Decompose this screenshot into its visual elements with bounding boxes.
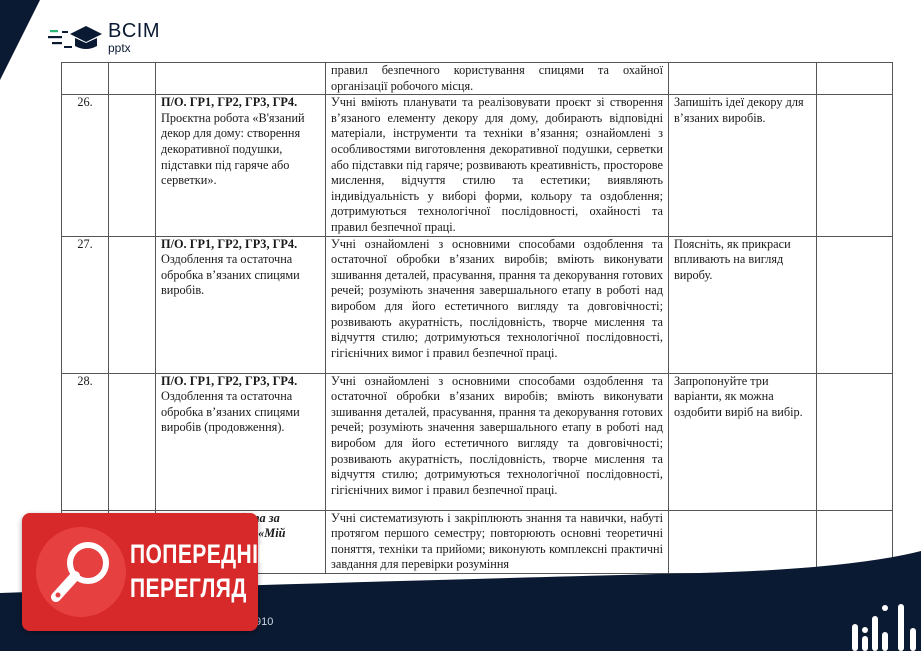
equalizer-bars-icon [848,600,920,651]
table-row: правил безпечного користування спицями т… [62,63,893,95]
row-outcome: правил безпечного користування спицями т… [326,63,669,95]
table-row: 26. П/О. ГР1, ГР2, ГР3, ГР4. Проєктна ро… [62,95,893,236]
row-note [817,236,893,373]
row-outcome: Учні ознайомлені з основними способами о… [326,236,669,373]
lesson-plan-table: правил безпечного користування спицями т… [61,62,893,574]
topic-groups: П/О. ГР1, ГР2, ГР3, ГР4. [161,374,320,390]
row-topic [156,63,326,95]
row-task: Поясніть, як прикраси впливають на вигля… [669,236,817,373]
row-number: 28. [62,373,109,510]
row-topic: П/О. ГР1, ГР2, ГР3, ГР4. Оздоблення та о… [156,236,326,373]
preview-label: ПОПЕРЕДНІЙ ПЕРЕГЛЯД [130,537,274,605]
topic-groups: П/О. ГР1, ГР2, ГР3, ГР4. [161,237,320,253]
row-task: Запишіть ідеї декору для в’язаних виробі… [669,95,817,236]
table-row: 28. П/О. ГР1, ГР2, ГР3, ГР4. Оздоблення … [62,373,893,510]
brand-subtitle: pptx [108,42,160,54]
row-note [817,95,893,236]
row-hours [109,95,156,236]
row-note [817,63,893,95]
row-hours [109,236,156,373]
table-row: 27. П/О. ГР1, ГР2, ГР3, ГР4. Оздоблення … [62,236,893,373]
row-topic: П/О. ГР1, ГР2, ГР3, ГР4. Оздоблення та о… [156,373,326,510]
graduation-cap-icon [48,22,104,52]
row-number: 26. [62,95,109,236]
row-note [817,373,893,510]
row-task [669,63,817,95]
preview-label-line1: ПОПЕРЕДНІЙ [130,537,274,571]
row-outcome: Учні вміють планувати та реалізовувати п… [326,95,669,236]
brand-title: BCIM [108,21,160,41]
magnifier-icon [36,527,126,617]
row-task: Запропонуйте три варіанти, як можна оздо… [669,373,817,510]
topic-title: Оздоблення та остаточна обробка в’язаних… [161,389,320,436]
preview-badge[interactable]: ПОПЕРЕДНІЙ ПЕРЕГЛЯД [22,513,258,631]
corner-decoration [0,0,40,80]
row-topic: П/О. ГР1, ГР2, ГР3, ГР4. Проєктна робота… [156,95,326,236]
preview-label-line2: ПЕРЕГЛЯД [130,571,274,605]
row-hours [109,373,156,510]
row-number [62,63,109,95]
row-hours [109,63,156,95]
row-outcome: Учні ознайомлені з основними способами о… [326,373,669,510]
topic-title: Оздоблення та остаточна обробка в’язаних… [161,252,320,299]
brand-logo: BCIM pptx [48,22,160,52]
topic-title: Проєктна робота «В'язаний декор для дому… [161,111,320,189]
topic-groups: П/О. ГР1, ГР2, ГР3, ГР4. [161,95,320,111]
row-number: 27. [62,236,109,373]
